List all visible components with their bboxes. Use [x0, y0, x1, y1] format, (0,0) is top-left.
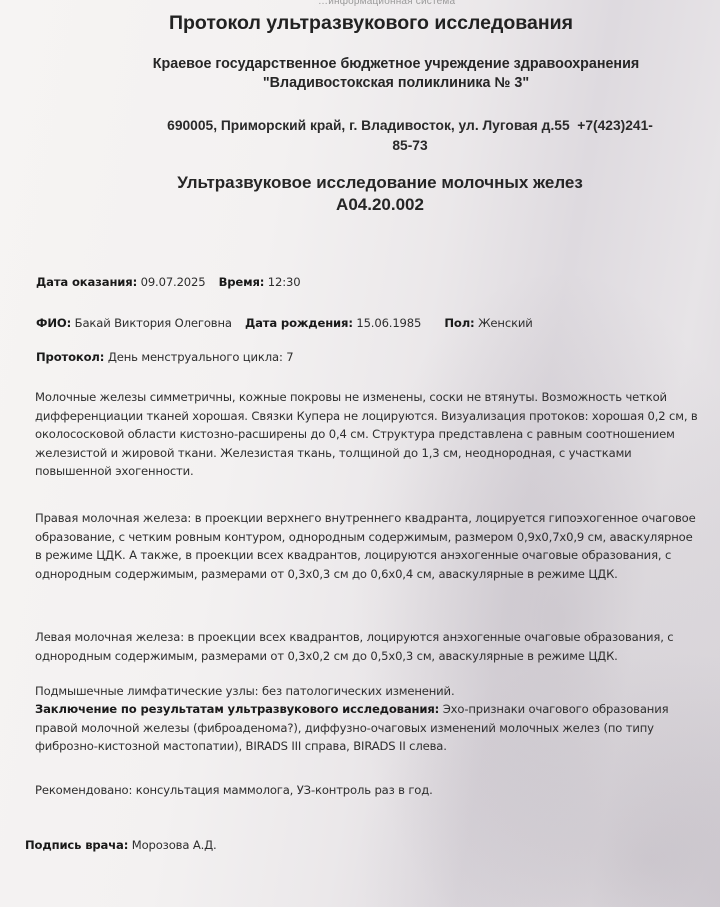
document-title: Протокол ультразвукового исследования	[0, 12, 720, 35]
study-code: A04.20.002	[100, 194, 660, 216]
signature-label: Подпись врача:	[25, 838, 128, 852]
doctor-name: Морозова А.Д.	[132, 838, 217, 852]
findings-left-breast: Левая молочная железа: в проекции всех к…	[35, 628, 700, 665]
protocol-value: День менструального цикла: 7	[108, 350, 294, 364]
conclusion-label: Заключение по результатам ультразвуковог…	[35, 702, 439, 716]
visit-time-label: Время:	[219, 275, 265, 289]
birth-date: 15.06.1985	[356, 316, 421, 330]
sex-label: Пол:	[444, 316, 474, 330]
protocol-info: Протокол: День менструального цикла: 7	[36, 350, 294, 364]
visit-info: Дата оказания: 09.07.2025 Время: 12:30	[36, 275, 300, 289]
visit-date: 09.07.2025	[141, 275, 206, 289]
patient-name-label: ФИО:	[36, 316, 71, 330]
patient-name: Бакай Виктория Олеговна	[75, 316, 232, 330]
visit-time: 12:30	[268, 275, 301, 289]
organization-name: Краевое государственное бюджетное учрежд…	[96, 55, 696, 74]
protocol-label: Протокол:	[36, 350, 104, 364]
findings-lymph-nodes: Подмышечные лимфатические узлы: без пато…	[35, 682, 700, 701]
patient-info: ФИО: Бакай Виктория Олеговна Дата рожден…	[36, 316, 533, 330]
birth-date-label: Дата рождения:	[245, 316, 353, 330]
signature: Подпись врача: Морозова А.Д.	[25, 838, 217, 852]
findings-right-breast: Правая молочная железа: в проекции верхн…	[35, 509, 700, 583]
study-name: Ультразвуковое исследование молочных жел…	[100, 172, 660, 194]
address-phone-cont: 85-73	[130, 136, 690, 156]
address-block: 690005, Приморский край, г. Владивосток,…	[130, 116, 690, 156]
organization-clinic: "Владивостокская поликлиника № 3"	[96, 74, 696, 93]
system-header: …информационная система	[318, 0, 455, 7]
sex-value: Женский	[478, 316, 533, 330]
findings-general: Молочные железы симметричны, кожные покр…	[35, 388, 700, 481]
organization-block: Краевое государственное бюджетное учрежд…	[96, 55, 696, 93]
visit-date-label: Дата оказания:	[36, 275, 137, 289]
study-heading: Ультразвуковое исследование молочных жел…	[100, 172, 660, 216]
recommendation: Рекомендовано: консультация маммолога, У…	[35, 781, 700, 800]
conclusion: Заключение по результатам ультразвуковог…	[35, 700, 700, 756]
address-line: 690005, Приморский край, г. Владивосток,…	[130, 116, 690, 136]
